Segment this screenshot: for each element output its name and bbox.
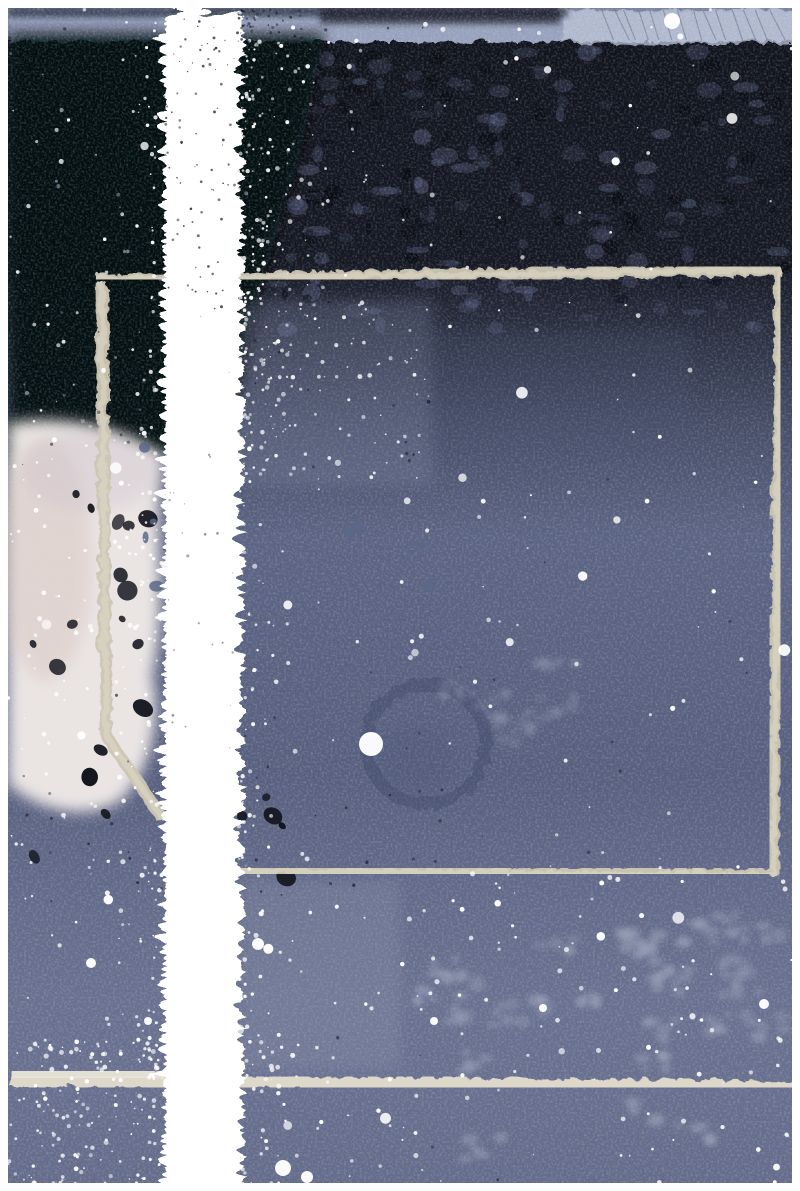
painting-canvas bbox=[0, 0, 800, 1191]
artwork-photo bbox=[0, 0, 800, 1191]
